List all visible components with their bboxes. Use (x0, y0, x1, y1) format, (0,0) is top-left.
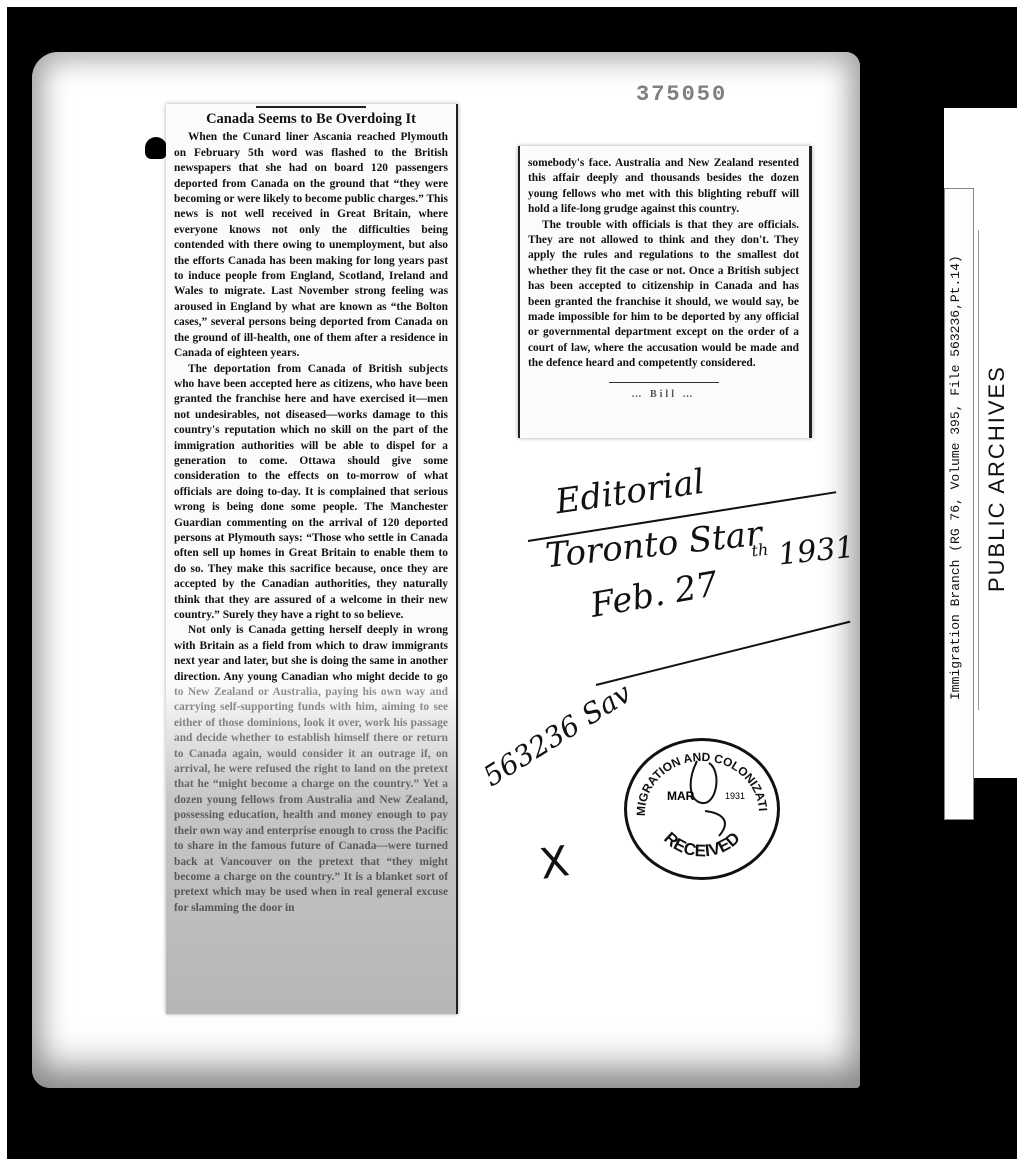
archive-label: PUBLIC ARCHIVES (984, 365, 1010, 592)
column-rule (609, 382, 719, 383)
paragraph: The trouble with officials is that they … (528, 218, 799, 372)
paragraph: somebody's face. Australia and New Zeala… (528, 156, 799, 218)
stamp-month: MAR (667, 789, 694, 803)
headline: Canada Seems to Be Overdoing It (174, 112, 448, 127)
handwritten-superscript: th (751, 540, 770, 561)
newspaper-clipping-right: somebody's face. Australia and New Zeala… (518, 146, 812, 438)
column-rule (256, 106, 366, 108)
paragraph: The deportation from Canada of British s… (174, 362, 448, 624)
stamp-ring-text: IMMIGRATION AND COLONIZATION RECEIVED (627, 741, 777, 877)
paragraph: When the Cunard liner Ascania reached Pl… (174, 130, 448, 361)
serial-number: 375050 (636, 82, 727, 107)
stamp-year: 1931 (725, 791, 745, 801)
cutoff-headline: … Bill … (528, 387, 799, 402)
punch-hole (145, 137, 167, 159)
paragraph: Not only is Canada getting herself deepl… (174, 623, 448, 916)
svg-text:IMMIGRATION AND COLONIZATION: IMMIGRATION AND COLONIZATION (627, 741, 770, 816)
svg-text:RECEIVED: RECEIVED (660, 828, 743, 860)
newspaper-clipping-left: Canada Seems to Be Overdoing It When the… (166, 104, 458, 1014)
tab-divider (978, 230, 979, 710)
archive-reference: Immigration Branch (RG 76, Volume 395, F… (948, 255, 963, 700)
received-stamp: IMMIGRATION AND COLONIZATION RECEIVED MA… (624, 738, 780, 880)
